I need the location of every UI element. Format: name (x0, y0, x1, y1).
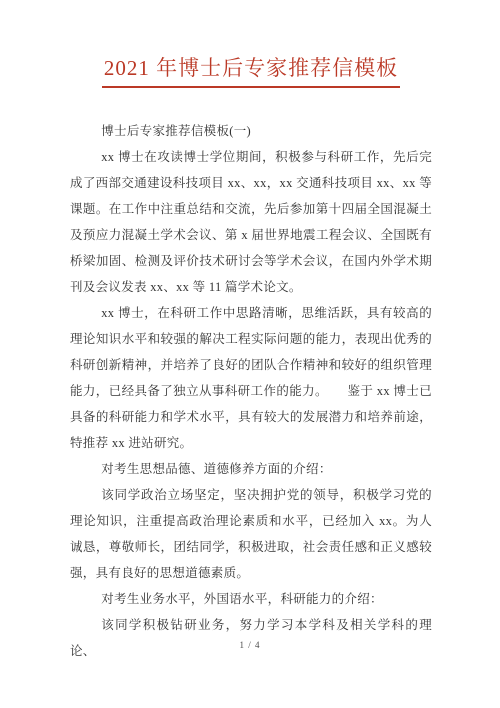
document-body: 博士后专家推荐信模板(一) xx 博士在攻读博士学位期间，积极参与科研工作，先后… (70, 118, 432, 664)
paragraph-research-ability: xx 博士，在科研工作中思路清晰，思维活跃，具有较高的理论知识水平和较强的解决工… (70, 300, 432, 456)
paragraph-study-effort: 该同学积极钻研业务，努力学习本学科及相关学科的理论、 (70, 612, 432, 664)
document-page: 2021 年博士后专家推荐信模板 博士后专家推荐信模板(一) xx 博士在攻读博… (0, 0, 500, 708)
document-title-text: 2021 年博士后专家推荐信模板 (102, 52, 400, 88)
document-title: 2021 年博士后专家推荐信模板 (70, 52, 432, 88)
section-heading-professional-level: 对考生业务水平，外国语水平，科研能力的介绍： (70, 586, 432, 612)
section-heading-template-1: 博士后专家推荐信模板(一) (70, 118, 432, 144)
paragraph-political-moral: 该同学政治立场坚定，坚决拥护党的领导，积极学习党的理论知识，注重提高政治理论素质… (70, 482, 432, 586)
section-heading-moral-character: 对考生思想品德、道德修养方面的介绍： (70, 456, 432, 482)
paragraph-research-projects: xx 博士在攻读博士学位期间，积极参与科研工作，先后完成了西部交通建设科技项目 … (70, 144, 432, 300)
page-number: 1 / 4 (0, 640, 500, 650)
